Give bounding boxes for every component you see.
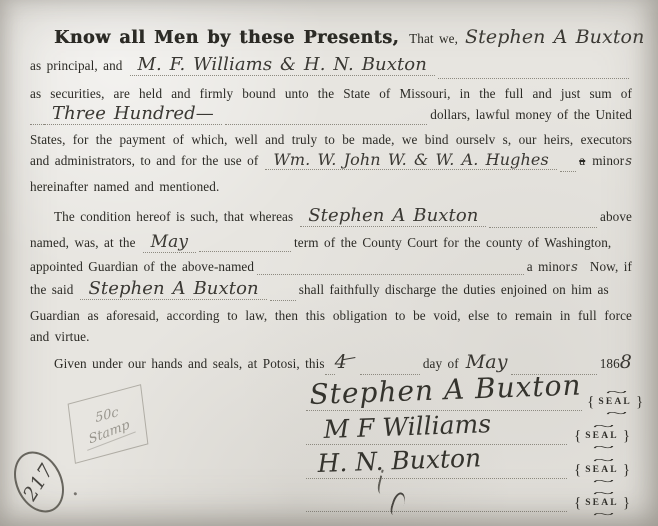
bond-line-6: and administrators, to and for the use o… (30, 151, 632, 175)
condition-print-text: The condition hereof is such, that where… (54, 207, 293, 226)
line6-print-text: and administrators, to and for the use o… (30, 151, 258, 170)
dotted-rule (438, 78, 629, 79)
seal-brace-right: } (623, 464, 630, 477)
document-body: Know all Men by these Presents, That we,… (30, 28, 632, 522)
condition-line2-pre: named, was, at the (30, 233, 136, 252)
page-number-text: 217 (19, 460, 58, 505)
court-term-handwritten: May (143, 234, 196, 253)
day-handwritten: 4 (335, 353, 347, 372)
condition-line-3: appointed Guardian of the above-named a … (30, 257, 632, 278)
seal-brace-right: } (623, 430, 630, 443)
seal-stamp: ~ {SEAL} ~ (572, 489, 632, 518)
signature-line: Stephen A Buxton (306, 381, 582, 411)
signature-row: H. N. Buxton ~ {SEAL} ~ (306, 452, 632, 486)
line4-print-text: dollars, lawful money of the United (430, 105, 632, 124)
line2-print-text: as principal, and (30, 56, 123, 75)
heading-follow-text: That we, (409, 29, 458, 48)
whereas-name-handwritten: Stephen A Buxton (300, 207, 486, 227)
condition-line4-pre: the said (30, 280, 73, 299)
seal-brace-left: { (574, 497, 581, 510)
seal-swash-bottom: ~ (593, 477, 612, 485)
seal-stamp: ~ {SEAL} ~ (587, 388, 643, 417)
dotted-rule (30, 124, 44, 125)
signature-line: M F Williams (306, 417, 567, 445)
condition-line-5: Guardian as aforesaid, according to law,… (30, 306, 632, 325)
handwritten-plural-s: s (571, 261, 578, 274)
revenue-stamp-note: 50c Stamp (68, 384, 149, 464)
seal-swash-top: ~ (606, 388, 625, 396)
dotted-rule (225, 124, 427, 125)
year-digit-handwritten: 8 (620, 353, 632, 372)
seal-stamp: ~ {SEAL} ~ (572, 456, 632, 485)
seal-stamp: ~ {SEAL} ~ (572, 422, 632, 451)
handwritten-plural-s: s (625, 155, 632, 168)
seal-swash-top: ~ (593, 489, 612, 497)
scanned-bond-document: Know all Men by these Presents, That we,… (0, 0, 658, 526)
dotted-rule (489, 227, 597, 228)
execution-print-mid: day of (423, 354, 459, 373)
condition-line-2: named, was, at the May term of the Count… (30, 233, 632, 255)
ink-mark (376, 475, 388, 494)
signature-name: H. N. Buxton (317, 445, 481, 476)
seal-brace-left: { (574, 430, 581, 443)
amount-text: Three Hundred (52, 103, 196, 124)
condition-line4-post: shall faithfully discharge the duties en… (299, 280, 609, 299)
bond-line-7: hereinafter named and mentioned. (30, 177, 632, 196)
condition-line3-post: Now, if (590, 257, 632, 276)
ink-mark (389, 491, 408, 518)
dotted-rule (560, 171, 576, 172)
condition-line3-pre: appointed Guardian of the above-named (30, 257, 254, 276)
amount-dash: — (196, 103, 214, 124)
dotted-rule (270, 300, 296, 301)
seal-swash-top: ~ (593, 422, 612, 430)
condition-line1-end: above (600, 207, 632, 226)
amount-handwritten: Three Hundred— (44, 105, 222, 125)
dotted-rule (257, 274, 524, 275)
bond-line-4: Three Hundred— dollars, lawful money of … (30, 105, 632, 128)
bond-line-1: Know all Men by these Presents, That we,… (30, 28, 632, 54)
bond-line-2: as principal, and M. F. Williams & H. N.… (30, 56, 632, 82)
condition-line2-post: term of the County Court for the county … (294, 233, 611, 252)
said-name-handwritten: Stephen A Buxton (80, 280, 266, 300)
bond-line-3: as securities, are held and firmly bound… (30, 84, 632, 103)
signature-line (306, 492, 567, 512)
seal-brace-right: } (636, 396, 643, 409)
signature-name: M F Williams (323, 411, 491, 442)
struck-article-a: a (579, 151, 585, 170)
ink-smudge (372, 476, 422, 520)
signature-name: Stephen A Buxton (309, 372, 582, 409)
seal-swash-bottom: ~ (593, 443, 612, 451)
seal-swash-bottom: ~ (606, 409, 625, 417)
condition-line-6: and virtue. (30, 327, 632, 346)
seal-swash-top: ~ (593, 456, 612, 464)
document-heading: Know all Men by these Presents, (54, 29, 399, 48)
signature-line: H. N. Buxton (306, 451, 567, 479)
condition-line6-text: and virtue. (30, 327, 90, 346)
seal-brace-right: } (623, 497, 630, 510)
securities-names-handwritten: M. F. Williams & H. N. Buxton (130, 56, 435, 76)
bond-line-5: States, for the payment of which, well a… (30, 130, 632, 149)
seal-brace-left: { (587, 396, 594, 409)
execution-print-pre: Given under our hands and seals, at Poto… (54, 354, 325, 373)
beneficiaries-handwritten: Wm. W. John W. & W. A. Hughes (265, 152, 556, 170)
condition-line-1: The condition hereof is such, that where… (30, 207, 632, 231)
seal-brace-left: { (574, 464, 581, 477)
condition-line-4: the said Stephen A Buxton shall faithful… (30, 280, 632, 304)
line7-print-text: hereinafter named and mentioned. (30, 177, 219, 196)
seal-swash-bottom: ~ (593, 510, 612, 518)
month-handwritten: May (466, 353, 508, 372)
minor-word: minor (592, 151, 624, 170)
signature-row: ~ {SEAL} ~ (306, 486, 632, 519)
a-minor-text: a minor (527, 257, 570, 276)
dotted-rule (325, 374, 335, 375)
dotted-rule (199, 251, 291, 252)
year-printed: 186 (600, 354, 620, 373)
signature-area: 50c Stamp Stephen A Buxton ~ {SEAL} ~ M … (30, 380, 632, 522)
principal-name-handwritten: Stephen A Buxton (465, 28, 644, 47)
